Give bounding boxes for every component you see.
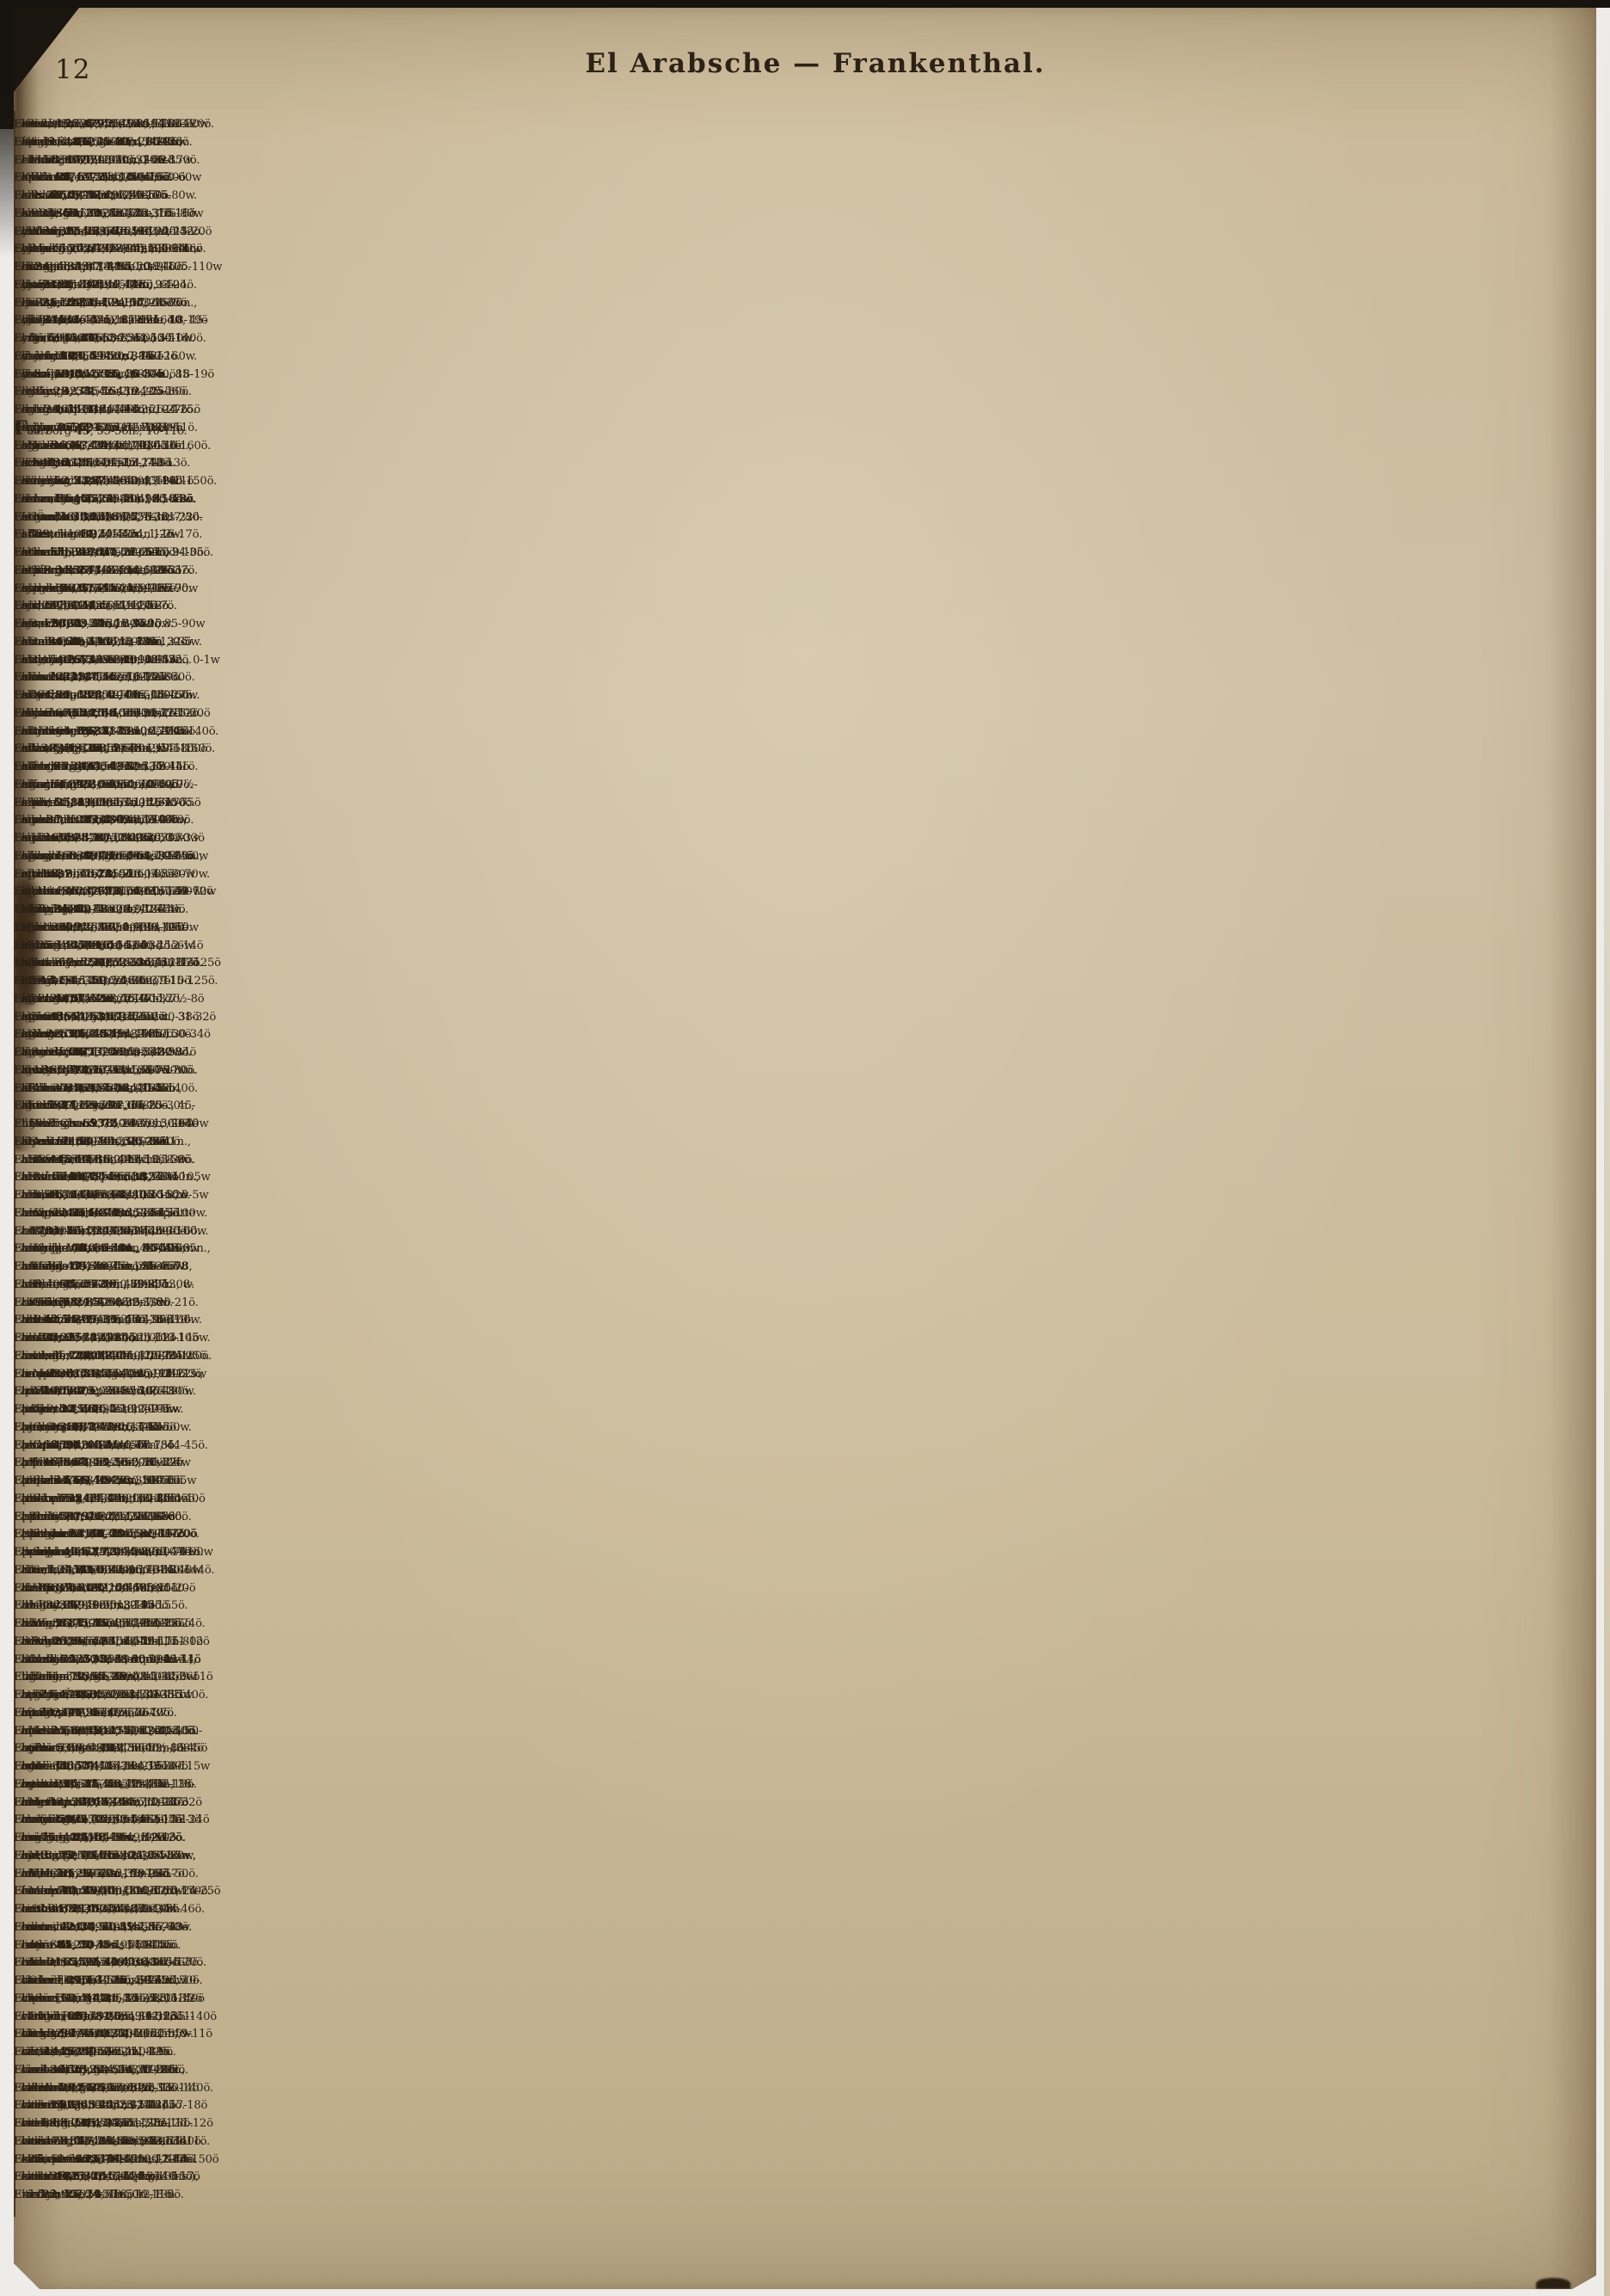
index-entry-line: Fox Can. 72, 60-70n., 70-90w. <box>14 1901 221 1919</box>
index-entry-line: Ft. Assinie 68, 5-10n., 0-5w. <box>14 1134 221 1152</box>
index-entry-line: Flucht Höhe 31, 46-47n., 10-11ö. <box>14 206 221 224</box>
index-entry-line: Florida, Staat, 75, 25-35n., 80-90w <box>14 116 221 134</box>
index-entry-line: Franche Comté 41, 46-48n., 5-7ö. <box>14 1954 221 1973</box>
index-entry-line: Ft. Laramie 74, 40-45n., 100-105w. <box>14 1330 221 1348</box>
index-entry-line: Ft. Nemours 68, 5-10n., 0-5w. <box>14 1401 221 1419</box>
index-entry-line: 120w. <box>14 1597 221 1616</box>
page: 12 El Arabsche — Frankenthal. El Arabsch… <box>14 8 1596 2289</box>
index-entry-line: Foltero 36, 43-44n., 10-11ö. <box>14 545 221 563</box>
index-entry-line: Ft. Mohave 74, 35-40n., 110-115w <box>14 1366 221 1384</box>
index-entry-line: Formosa B., 70, 0-5s., 40-45ö. <box>14 938 221 956</box>
index-entry-line: Forfar, St., 43, 56-57n., 2-3w. <box>14 795 221 813</box>
index-entry-line: Forbach 24, 49-50n., 6-7ö. <box>14 669 221 687</box>
index-entry-line: Formosa 59, 20-30n., 120-125ö. <box>14 920 221 938</box>
index-entry-line: Fogaras 32, 45-46n., 24-25ö. <box>14 384 221 402</box>
scan-top-edge <box>0 0 1610 8</box>
index-entry-line: Franken-Höhe 25, 49-50n., 10-11ö. <box>14 2133 221 2151</box>
index-entry-line: Ft. Yuma 74, 30-35n., 110-115w. <box>14 1687 221 1705</box>
index-entry-line: Flumineddu 37, 40-41n., 9-10ö. <box>14 277 221 295</box>
index-entry-line: Foul, I., 43, 60-61n., 2-3w. <box>14 1848 221 1866</box>
index-entry-line: Frankenhagen 22, 53-54n., 17-18ö <box>14 2097 221 2115</box>
index-entry-line: Formia 37, 41-42n., 13-14ö. <box>14 866 221 884</box>
index-entry-line: Ft. Lewis 74, 45-50n., 105-110w. <box>14 1348 221 1366</box>
index-entry-line: Fly River 79, 0-10s., 140-150ö. <box>14 295 221 313</box>
index-entry-line: Franceville 70, 0-5s., 10-15ö. <box>14 1937 221 1955</box>
index-entry-line: Fondi 37, 41-42n., 13-14ö. <box>14 598 221 616</box>
index-entry-line: Foligno 36, 42-43n., 12-13ö. <box>14 509 221 527</box>
index-entry-line: Ft. Georgios 35, 38-39n., 20-21ö. <box>14 1295 221 1313</box>
index-entry-line: Folden Fj. 46, 66-68n., 14-16ö. <box>14 491 221 509</box>
index-entry-line: Folkestone 44, 51-52n., 1-2ö. <box>14 526 221 545</box>
page-header: El Arabsche — Frankenthal. <box>14 48 1596 79</box>
index-entry-line: Ft. Rice 74, 45-50n., 100-105w. <box>14 1491 221 1509</box>
index-entry-line: Ft. Ajuda 68, 5-10n., 0-5ö. <box>14 1044 221 1062</box>
index-entry-line: Flumendosa 37, 39-40n., 9-10ö. <box>14 259 221 277</box>
index-entry-line: Ft. Pierre 74, 40-45n., 100-105w <box>14 1473 221 1491</box>
index-entry-line: Frankenberg 24, 51-52n., 8-9ö. <box>14 2062 221 2080</box>
index-entry-line: Fluhberg 30, 47-47½n., 8½-9ö. <box>14 241 221 259</box>
index-entry-line: Frankenau 24, 51-52n., 8-9ö. <box>14 2044 221 2062</box>
index-entry-line: Fond du Lac 75, 40-45n., 85-90w <box>14 581 221 599</box>
index-entry-line: Fogaras, Gb., 32, 45-46n., 24-25ö <box>14 402 221 420</box>
index-entry-line: Florida B., 75, 25-30n., 80-85w. <box>14 134 221 152</box>
index-entry-line: Foča 31, 43-44n., 18-19ö. <box>14 312 221 330</box>
index-entry-line: Florida Str. 75, 20-30n., 75-85w. <box>14 152 221 170</box>
index-entry-line: Ft. Graham 75, 30-35n., 95-100w. <box>14 1312 221 1330</box>
index-entry-line: Fluelen 30, 46½-47n., 8½-9ö. <box>14 224 221 242</box>
scan-left-edge-shadow <box>0 0 15 258</box>
index-entry-line: Foveaux Str. 79, 40-50s., 160-170ö. <box>14 1883 221 1901</box>
index-entry-line: Floss 25, 49-50n., 12-13ö. <box>14 188 221 206</box>
index-entry-line: Fonseca, G.v., 76, 10-15n., 85-90w <box>14 616 221 634</box>
index-entry-line: Fossombrone 36, 43-44n., 12-13ö <box>14 1812 221 1830</box>
index-entry-line: Fortaleza 77, 0-10s., 30-40ö. <box>14 1705 221 1723</box>
index-entry-line: Ft. Dodge 75, 40-45n., 90-95w. <box>14 1259 221 1277</box>
index-entry-line: Fortore 36, 41-42n., 14-16ö. <box>14 1758 221 1776</box>
index-entry-line: Foltičeni 33, 47-48n., 26-27ö. <box>14 563 221 581</box>
index-entry-line: Ft. St. James 68, 10-15n., 15-20ö <box>14 1526 221 1544</box>
index-entry-line: Forfar, Gf., 43, 56-57n., 2-4w. <box>14 777 221 795</box>
index-entry-line: 12ö. [13ö. <box>14 1991 221 2009</box>
index-entry-line: Ft. Wuttacotto, 61, 5-10n., 75-80ö <box>14 1634 221 1652</box>
index-entry-line: 50-55ö. [170w. <box>14 1098 221 1116</box>
index-entry-line: Forcados River 68, 5-10n., 5-10ö <box>14 705 221 723</box>
index-entry-line: Fougéres 40, 48-49n., 1-2w. <box>14 1830 221 1848</box>
index-entry-line: Fornoes 45, 56-57n., 10-11ö. <box>14 991 221 1009</box>
index-entry-line: Frankenberg 25, 50-51n., 13-14ö <box>14 2080 221 2098</box>
index-entry-line: Foggia 36, 41-42n., 15-16ö. <box>14 420 221 438</box>
index-entry-line: Ft. Bliss 74, 30-35n., 105-110w. <box>14 1187 221 1205</box>
index-entry-line: Ft. Alexandrowsk 48, 40-45n., <box>14 1080 221 1099</box>
index-entry-line: Foro 69, 5-10n., 20-25ö. <box>14 1009 221 1027</box>
index-entry-line: Ft. Vermillion 72, 50-60n., 110- <box>14 1580 221 1598</box>
index-entry-line: Formosa Can., 62, 20-25n., 115-125ö <box>14 955 221 973</box>
index-entry-line: Formosa Str., 59, 20-30n., 115-125ö. <box>14 973 221 991</box>
index-entry-line: Fontenay le Comte 40, 46-47n., 0-1w <box>14 652 221 670</box>
index-entry-line: Ft. Selkirk 72, 60-70n., 130-140w <box>14 1562 221 1580</box>
index-entry-line: Fodja 69, 10-15n., 25-30ö. <box>14 330 221 348</box>
index-entry-line: Forst 22, 51-52n., 14-15ö. <box>14 1026 221 1044</box>
index-entry-line: Ft. York 72, 50-60n., 90-100w. <box>14 1652 221 1670</box>
index-entry-line: Ft. Olympo 87, 20-25s., 55-60w. <box>14 1419 221 1437</box>
index-entry-line: Ft. Churchill 72, 50-60n., 90-100w. <box>14 1223 221 1241</box>
index-entry-line: Forio 37, 40-41n., 13-14ö. <box>14 812 221 830</box>
index-entry-line: Ft. Monroe 75, 35-40n., 75-80ö. <box>14 1383 221 1401</box>
index-entry-line: Ft. S. Joaquin 77, 0-10n., 60-70w. <box>14 1544 221 1562</box>
index-entry-line: Föhr, I., 20, 54-55n., 8-9ö. <box>14 348 221 366</box>
index-entry-line: Formica 36, 42-43n., 10-11ö. <box>14 883 221 902</box>
index-entry-line: Ft. Yukon 72, 60-70n., 140-150w <box>14 1669 221 1687</box>
index-entry-line: Foglia 36, 43-44n., 12-13ö. <box>14 438 221 456</box>
index-entry-line: 60w. <box>14 1740 221 1758</box>
index-entry-line: Frankenhausen 25, 51-52n., 11-12ö <box>14 2115 221 2133</box>
index-entry-line: Ft. Chadbourns 74, 35-35n., 100w. <box>14 1205 221 1223</box>
index-entry-line: Ft. Berthold 74, 45-50n., 100-105w <box>14 1169 221 1187</box>
index-entry-line: Ft. Ruby 74, 40n., 115-120w. <box>14 1509 221 1527</box>
index-entry-line: Formentera 39, 38-39n., 1-2ö. <box>14 848 221 866</box>
index-entry-line: Forchtenberg 25, 49-50n., 9-10ö. <box>14 723 221 742</box>
index-entry-line: Frankenthal 24, 49-50n., 8-9ö. <box>14 2187 221 2205</box>
index-entry-line: Foix 40, 42-44n., 1-2ö. <box>14 455 221 473</box>
index-column-6: Florida, Staat, 75, 25-35n., 80-90wFlori… <box>14 116 221 2224</box>
underlying-page-edge <box>1604 0 1610 2296</box>
index-entry-line: Ft. Albany 72, 50-60n., 80-90w. <box>14 1062 221 1080</box>
index-entry-line: Ft. Beaufort 71, 30-35s., 25-30ö. <box>14 1152 221 1170</box>
index-entry-line: Franken, Unter-, 25, 49-51n., 9-11ö <box>14 2026 221 2044</box>
index-entry-line: Forêt d'Othe 41, 48-49n., 3-4ö. <box>14 759 221 777</box>
index-entry-line: Fossano 36, 44-45n., 7-8ö. <box>14 1776 221 1794</box>
index-entry-line: Formigas 87, 15-20s., 40-45w. <box>14 902 221 920</box>
index-entry-line: Francavilla 37, 40-41n., 17-18ö. <box>14 1919 221 1937</box>
index-entry-line: Forbes 81, 30-35s., 145-150ö. <box>14 687 221 705</box>
index-entry-line: Franken, Ober-, 25, 49-51n., 11- <box>14 2009 221 2027</box>
index-entry-line: Ft. Opus 31, 43-44n., 17-18ö. <box>14 1437 221 1456</box>
index-entry-line: Floridia 37, 37-38n., 15-16ö. <box>14 169 221 188</box>
index-entry-line: Földvár, Duna-, 32, 46-47-n., 18-19ö <box>14 366 221 385</box>
index-entry-line: Ft. Paz 78, 40-50s., 60-70w. <box>14 1455 221 1473</box>
index-entry-line: Forte da Coimbra 77, 10-20s., 50- <box>14 1723 221 1741</box>
index-entry-line: Ft. Andrejawsk 72, 60-70n., 160- <box>14 1116 221 1134</box>
index-entry-line: Ft. Dodge 74, 35-40n., 95-100w. <box>14 1240 221 1259</box>
index-entry-line: Ft. Wayne 75, 40-45n., 85-90ö. <box>14 1616 221 1634</box>
page-edge-notch <box>1536 2278 1570 2289</box>
index-entry-line: Fosse 42, 50-51n., 4-5ö. <box>14 1794 221 1813</box>
index-entry-line: Fontainebleau 41, 48-49n., 2-3ö. <box>14 634 221 652</box>
index-entry-line: Franken, Mittel-, 25, 49-50n., 10- <box>14 1973 221 1991</box>
index-entry-line: Foul, I., 61, 15-20n., 90-95ö. <box>14 1866 221 1884</box>
index-entry-line: Ft. Essington 72, 50-60n., 130w. <box>14 1277 221 1295</box>
index-entry-line: Frankenstein 24, 49-50n., 7-8ö. <box>14 2151 221 2170</box>
index-entry-line: Fokschani 33, 45-46n., 27-28ö. <box>14 473 221 491</box>
index-entry-line: Fordon 22, 53-54n., 18-19ö. <box>14 741 221 759</box>
index-entry-line: Forli 36, 44-45s., 12-13ö. <box>14 830 221 848</box>
index-entry-line: Frankenstein 26, 50-51n., 16-17ö <box>14 2169 221 2187</box>
